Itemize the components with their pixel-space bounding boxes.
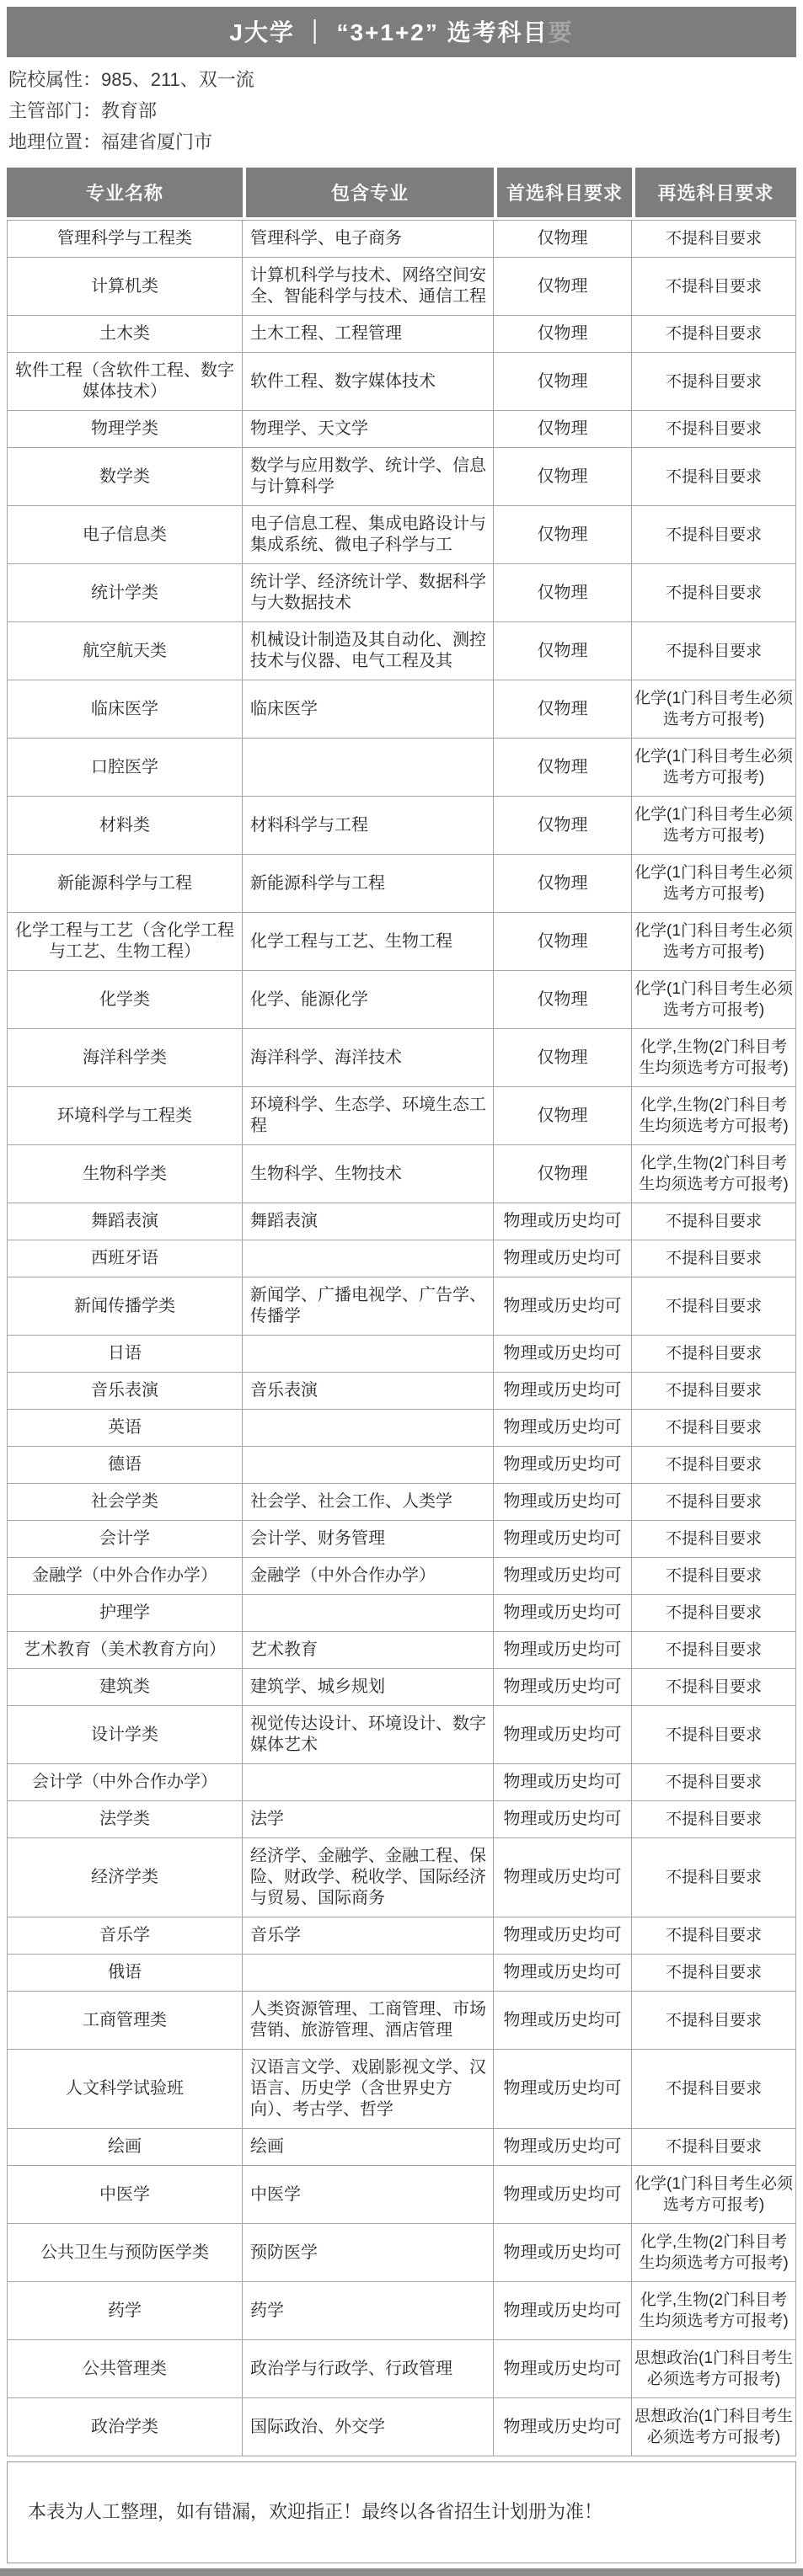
table-row: 设计学类 视觉传达设计、环境设计、数字媒体艺术 物理或历史均可 不提科目要求 <box>7 1706 796 1764</box>
included-majors-cell: 数学与应用数学、统计学、信息与计算科学 <box>243 448 494 506</box>
primary-subject-cell: 物理或历史均可 <box>494 1595 632 1632</box>
primary-subject-cell: 仅物理 <box>494 564 632 622</box>
included-majors-cell <box>243 1955 494 1992</box>
major-name-cell: 化学工程与工艺（含化学工程与工艺、生物工程） <box>7 913 243 971</box>
major-name-cell: 物理学类 <box>7 411 243 448</box>
major-name-cell: 德语 <box>7 1447 243 1484</box>
major-name-cell: 绘画 <box>7 2129 243 2166</box>
included-majors-cell: 预防医学 <box>243 2224 494 2282</box>
table-row: 化学工程与工艺（含化学工程与工艺、生物工程） 化学工程与工艺、生物工程 仅物理 … <box>7 913 796 971</box>
secondary-subject-cell: 不提科目要求 <box>632 2050 796 2129</box>
info-value: 福建省厦门市 <box>101 131 212 152</box>
major-name-cell: 设计学类 <box>7 1706 243 1764</box>
major-name-cell: 公共管理类 <box>7 2340 243 2398</box>
column-header-primary-subject: 首选科目要求 <box>494 168 632 220</box>
secondary-subject-cell: 不提科目要求 <box>632 622 796 680</box>
major-name-cell: 音乐学 <box>7 1917 243 1955</box>
secondary-subject-cell: 不提科目要求 <box>632 1484 796 1521</box>
table-row: 建筑类 建筑学、城乡规划 物理或历史均可 不提科目要求 <box>7 1669 796 1706</box>
secondary-subject-cell: 不提科目要求 <box>632 1240 796 1277</box>
info-line-location: 地理位置：福建省厦门市 <box>8 126 796 157</box>
table-row: 西班牙语 物理或历史均可 不提科目要求 <box>7 1240 796 1277</box>
secondary-subject-cell: 不提科目要求 <box>632 1917 796 1955</box>
table-row: 药学 药学 物理或历史均可 化学,生物(2门科目考生均须选考方可报考) <box>7 2282 796 2340</box>
table-row: 口腔医学 仅物理 化学(1门科目考生必须选考方可报考) <box>7 739 796 797</box>
secondary-subject-cell: 不提科目要求 <box>632 1373 796 1410</box>
table-row: 工商管理类 人类资源管理、工商管理、市场营销、旅游管理、酒店管理 物理或历史均可… <box>7 1992 796 2050</box>
included-majors-cell: 新能源科学与工程 <box>243 855 494 913</box>
primary-subject-cell: 物理或历史均可 <box>494 1277 632 1336</box>
included-majors-cell: 经济学、金融学、金融工程、保险、财政学、税收学、国际经济与贸易、国际商务 <box>243 1838 494 1917</box>
secondary-subject-cell: 化学(1门科目考生必须选考方可报考) <box>632 797 796 855</box>
primary-subject-cell: 仅物理 <box>494 506 632 564</box>
secondary-subject-cell: 不提科目要求 <box>632 1447 796 1484</box>
table-header-row: 专业名称 包含专业 首选科目要求 再选科目要求 <box>7 168 796 220</box>
table-row: 航空航天类 机械设计制造及其自动化、测控技术与仪器、电气工程及其 仅物理 不提科… <box>7 622 796 680</box>
included-majors-cell: 中医学 <box>243 2166 494 2224</box>
school-info: 院校属性：985、211、双一流 主管部门：教育部 地理位置：福建省厦门市 <box>8 64 796 157</box>
major-name-cell: 公共卫生与预防医学类 <box>7 2224 243 2282</box>
included-majors-cell: 社会学、社会工作、人类学 <box>243 1484 494 1521</box>
info-line-department: 主管部门：教育部 <box>8 95 796 126</box>
included-majors-cell: 建筑学、城乡规划 <box>243 1669 494 1706</box>
included-majors-cell: 视觉传达设计、环境设计、数字媒体艺术 <box>243 1706 494 1764</box>
table-row: 人文科学试验班 汉语言文学、戏剧影视文学、汉语言、历史学（含世界史方向）、考古学… <box>7 2050 796 2129</box>
table-row: 管理科学与工程类 管理科学、电子商务 仅物理 不提科目要求 <box>7 220 796 258</box>
column-header-included: 包含专业 <box>243 168 494 220</box>
included-majors-cell: 法学 <box>243 1801 494 1838</box>
table-row: 公共管理类 政治学与行政学、行政管理 物理或历史均可 思想政治(1门科目考生必须… <box>7 2340 796 2398</box>
primary-subject-cell: 物理或历史均可 <box>494 1917 632 1955</box>
secondary-subject-cell: 不提科目要求 <box>632 448 796 506</box>
included-majors-cell: 化学、能源化学 <box>243 971 494 1029</box>
major-name-cell: 工商管理类 <box>7 1992 243 2050</box>
major-name-cell: 临床医学 <box>7 680 243 739</box>
major-name-cell: 生物科学类 <box>7 1145 243 1203</box>
primary-subject-cell: 物理或历史均可 <box>494 1669 632 1706</box>
table-row: 物理学类 物理学、天文学 仅物理 不提科目要求 <box>7 411 796 448</box>
included-majors-cell: 统计学、经济统计学、数据科学与大数据技术 <box>243 564 494 622</box>
primary-subject-cell: 仅物理 <box>494 220 632 258</box>
primary-subject-cell: 物理或历史均可 <box>494 1373 632 1410</box>
primary-subject-cell: 仅物理 <box>494 1029 632 1087</box>
primary-subject-cell: 仅物理 <box>494 971 632 1029</box>
major-name-cell: 日语 <box>7 1336 243 1373</box>
major-name-cell: 人文科学试验班 <box>7 2050 243 2129</box>
primary-subject-cell: 物理或历史均可 <box>494 1764 632 1801</box>
table-row: 数学类 数学与应用数学、统计学、信息与计算科学 仅物理 不提科目要求 <box>7 448 796 506</box>
major-name-cell: 英语 <box>7 1410 243 1447</box>
table-row: 材料类 材料科学与工程 仅物理 化学(1门科目考生必须选考方可报考) <box>7 797 796 855</box>
secondary-subject-cell: 化学(1门科目考生必须选考方可报考) <box>632 680 796 739</box>
primary-subject-cell: 物理或历史均可 <box>494 1336 632 1373</box>
primary-subject-cell: 仅物理 <box>494 448 632 506</box>
primary-subject-cell: 仅物理 <box>494 316 632 353</box>
secondary-subject-cell: 不提科目要求 <box>632 1203 796 1240</box>
included-majors-cell: 国际政治、外交学 <box>243 2398 494 2456</box>
table-row: 舞蹈表演 舞蹈表演 物理或历史均可 不提科目要求 <box>7 1203 796 1240</box>
primary-subject-cell: 仅物理 <box>494 411 632 448</box>
included-majors-cell: 海洋科学、海洋技术 <box>243 1029 494 1087</box>
secondary-subject-cell: 化学(1门科目考生必须选考方可报考) <box>632 855 796 913</box>
major-name-cell: 建筑类 <box>7 1669 243 1706</box>
secondary-subject-cell: 不提科目要求 <box>632 1764 796 1801</box>
table-row: 新闻传播学类 新闻学、广播电视学、广告学、传播学 物理或历史均可 不提科目要求 <box>7 1277 796 1336</box>
table-row: 计算机类 计算机科学与技术、网络空间安全、智能科学与技术、通信工程 仅物理 不提… <box>7 258 796 316</box>
primary-subject-cell: 仅物理 <box>494 739 632 797</box>
footer-note: 本表为人工整理，如有错漏，欢迎指正！最终以各省招生计划册为准！ <box>7 2461 796 2563</box>
title-left-fragment: J <box>229 19 244 45</box>
major-name-cell: 软件工程（含软件工程、数字媒体技术） <box>7 353 243 411</box>
primary-subject-cell: 物理或历史均可 <box>494 1410 632 1447</box>
secondary-subject-cell: 不提科目要求 <box>632 316 796 353</box>
secondary-subject-cell: 不提科目要求 <box>632 220 796 258</box>
primary-subject-cell: 仅物理 <box>494 1145 632 1203</box>
included-majors-cell: 材料科学与工程 <box>243 797 494 855</box>
secondary-subject-cell: 不提科目要求 <box>632 1410 796 1447</box>
included-majors-cell: 政治学与行政学、行政管理 <box>243 2340 494 2398</box>
major-name-cell: 法学类 <box>7 1801 243 1838</box>
column-header-secondary-subject: 再选科目要求 <box>632 168 796 220</box>
table-row: 软件工程（含软件工程、数字媒体技术） 软件工程、数字媒体技术 仅物理 不提科目要… <box>7 353 796 411</box>
secondary-subject-cell: 不提科目要求 <box>632 506 796 564</box>
included-majors-cell: 物理学、天文学 <box>243 411 494 448</box>
info-value: 985、211、双一流 <box>101 69 254 90</box>
included-majors-cell <box>243 1336 494 1373</box>
secondary-subject-cell: 化学,生物(2门科目考生均须选考方可报考) <box>632 2282 796 2340</box>
primary-subject-cell: 物理或历史均可 <box>494 1992 632 2050</box>
primary-subject-cell: 仅物理 <box>494 258 632 316</box>
major-name-cell: 药学 <box>7 2282 243 2340</box>
secondary-subject-cell: 不提科目要求 <box>632 1521 796 1558</box>
major-name-cell: 音乐表演 <box>7 1373 243 1410</box>
table-row: 公共卫生与预防医学类 预防医学 物理或历史均可 化学,生物(2门科目考生均须选考… <box>7 2224 796 2282</box>
major-name-cell: 金融学（中外合作办学） <box>7 1558 243 1595</box>
secondary-subject-cell: 不提科目要求 <box>632 1277 796 1336</box>
table-row: 艺术教育（美术教育方向） 艺术教育 物理或历史均可 不提科目要求 <box>7 1632 796 1669</box>
secondary-subject-cell: 不提科目要求 <box>632 1801 796 1838</box>
included-majors-cell <box>243 739 494 797</box>
table-row: 化学类 化学、能源化学 仅物理 化学(1门科目考生必须选考方可报考) <box>7 971 796 1029</box>
info-value: 教育部 <box>101 100 157 121</box>
included-majors-cell: 新闻学、广播电视学、广告学、传播学 <box>243 1277 494 1336</box>
included-majors-cell <box>243 1240 494 1277</box>
table-row: 电子信息类 电子信息工程、集成电路设计与集成系统、微电子科学与工 仅物理 不提科… <box>7 506 796 564</box>
included-majors-cell: 化学工程与工艺、生物工程 <box>243 913 494 971</box>
primary-subject-cell: 物理或历史均可 <box>494 1484 632 1521</box>
table-row: 中医学 中医学 物理或历史均可 化学(1门科目考生必须选考方可报考) <box>7 2166 796 2224</box>
primary-subject-cell: 仅物理 <box>494 353 632 411</box>
included-majors-cell: 电子信息工程、集成电路设计与集成系统、微电子科学与工 <box>243 506 494 564</box>
secondary-subject-cell: 不提科目要求 <box>632 1336 796 1373</box>
included-majors-cell: 金融学（中外合作办学） <box>243 1558 494 1595</box>
included-majors-cell: 音乐学 <box>243 1917 494 1955</box>
major-name-cell: 统计学类 <box>7 564 243 622</box>
table-row: 俄语 物理或历史均可 不提科目要求 <box>7 1955 796 1992</box>
primary-subject-cell: 物理或历史均可 <box>494 1240 632 1277</box>
primary-subject-cell: 物理或历史均可 <box>494 1521 632 1558</box>
secondary-subject-cell: 不提科目要求 <box>632 1955 796 1992</box>
major-name-cell: 经济学类 <box>7 1838 243 1917</box>
major-name-cell: 新闻传播学类 <box>7 1277 243 1336</box>
secondary-subject-cell: 化学,生物(2门科目考生均须选考方可报考) <box>632 1029 796 1087</box>
page-title: 大学 ｜ “3+1+2” 选考科目 <box>244 19 549 45</box>
primary-subject-cell: 仅物理 <box>494 680 632 739</box>
secondary-subject-cell: 化学(1门科目考生必须选考方可报考) <box>632 739 796 797</box>
table-row: 德语 物理或历史均可 不提科目要求 <box>7 1447 796 1484</box>
major-name-cell: 会计学（中外合作办学） <box>7 1764 243 1801</box>
primary-subject-cell: 物理或历史均可 <box>494 1838 632 1917</box>
included-majors-cell: 软件工程、数字媒体技术 <box>243 353 494 411</box>
table-row: 音乐学 音乐学 物理或历史均可 不提科目要求 <box>7 1917 796 1955</box>
primary-subject-cell: 物理或历史均可 <box>494 1801 632 1838</box>
major-name-cell: 口腔医学 <box>7 739 243 797</box>
table-row: 会计学（中外合作办学） 物理或历史均可 不提科目要求 <box>7 1764 796 1801</box>
major-name-cell: 材料类 <box>7 797 243 855</box>
included-majors-cell <box>243 1764 494 1801</box>
secondary-subject-cell: 不提科目要求 <box>632 1632 796 1669</box>
table-row: 临床医学 临床医学 仅物理 化学(1门科目考生必须选考方可报考) <box>7 680 796 739</box>
major-name-cell: 中医学 <box>7 2166 243 2224</box>
major-name-cell: 电子信息类 <box>7 506 243 564</box>
secondary-subject-cell: 不提科目要求 <box>632 258 796 316</box>
table-row: 英语 物理或历史均可 不提科目要求 <box>7 1410 796 1447</box>
table-row: 新能源科学与工程 新能源科学与工程 仅物理 化学(1门科目考生必须选考方可报考) <box>7 855 796 913</box>
primary-subject-cell: 物理或历史均可 <box>494 2050 632 2129</box>
secondary-subject-cell: 化学(1门科目考生必须选考方可报考) <box>632 2166 796 2224</box>
primary-subject-cell: 物理或历史均可 <box>494 2340 632 2398</box>
table-row: 法学类 法学 物理或历史均可 不提科目要求 <box>7 1801 796 1838</box>
major-name-cell: 土木类 <box>7 316 243 353</box>
table-row: 音乐表演 音乐表演 物理或历史均可 不提科目要求 <box>7 1373 796 1410</box>
major-name-cell: 计算机类 <box>7 258 243 316</box>
included-majors-cell: 机械设计制造及其自动化、测控技术与仪器、电气工程及其 <box>243 622 494 680</box>
info-line-attribute: 院校属性：985、211、双一流 <box>8 64 796 95</box>
table-row: 统计学类 统计学、经济统计学、数据科学与大数据技术 仅物理 不提科目要求 <box>7 564 796 622</box>
included-majors-cell: 会计学、财务管理 <box>243 1521 494 1558</box>
included-majors-cell: 音乐表演 <box>243 1373 494 1410</box>
primary-subject-cell: 物理或历史均可 <box>494 1203 632 1240</box>
major-name-cell: 舞蹈表演 <box>7 1203 243 1240</box>
secondary-subject-cell: 不提科目要求 <box>632 1992 796 2050</box>
major-name-cell: 化学类 <box>7 971 243 1029</box>
included-majors-cell: 生物科学、生物技术 <box>243 1145 494 1203</box>
secondary-subject-cell: 不提科目要求 <box>632 1558 796 1595</box>
secondary-subject-cell: 化学(1门科目考生必须选考方可报考) <box>632 913 796 971</box>
secondary-subject-cell: 不提科目要求 <box>632 2129 796 2166</box>
secondary-subject-cell: 化学,生物(2门科目考生均须选考方可报考) <box>632 1145 796 1203</box>
major-name-cell: 西班牙语 <box>7 1240 243 1277</box>
included-majors-cell: 环境科学、生态学、环境生态工程 <box>243 1087 494 1145</box>
primary-subject-cell: 仅物理 <box>494 855 632 913</box>
column-header-major: 专业名称 <box>7 168 243 220</box>
secondary-subject-cell: 思想政治(1门科目考生必须选考方可报考) <box>632 2398 796 2456</box>
included-majors-cell: 舞蹈表演 <box>243 1203 494 1240</box>
info-label: 地理位置： <box>8 131 101 152</box>
major-name-cell: 管理科学与工程类 <box>7 220 243 258</box>
included-majors-cell: 人类资源管理、工商管理、市场营销、旅游管理、酒店管理 <box>243 1992 494 2050</box>
major-name-cell: 环境科学与工程类 <box>7 1087 243 1145</box>
info-label: 主管部门： <box>8 100 101 121</box>
table-row: 绘画 绘画 物理或历史均可 不提科目要求 <box>7 2129 796 2166</box>
page: J大学 ｜ “3+1+2” 选考科目要 院校属性：985、211、双一流 主管部… <box>0 7 803 2576</box>
table-row: 护理学 物理或历史均可 不提科目要求 <box>7 1595 796 1632</box>
major-name-cell: 护理学 <box>7 1595 243 1632</box>
secondary-subject-cell: 不提科目要求 <box>632 1838 796 1917</box>
included-majors-cell: 计算机科学与技术、网络空间安全、智能科学与技术、通信工程 <box>243 258 494 316</box>
major-name-cell: 会计学 <box>7 1521 243 1558</box>
included-majors-cell: 土木工程、工程管理 <box>243 316 494 353</box>
included-majors-cell <box>243 1595 494 1632</box>
secondary-subject-cell: 思想政治(1门科目考生必须选考方可报考) <box>632 2340 796 2398</box>
secondary-subject-cell: 化学,生物(2门科目考生均须选考方可报考) <box>632 2224 796 2282</box>
major-name-cell: 海洋科学类 <box>7 1029 243 1087</box>
bottom-strip <box>0 2568 803 2576</box>
primary-subject-cell: 物理或历史均可 <box>494 2282 632 2340</box>
included-majors-cell: 临床医学 <box>243 680 494 739</box>
secondary-subject-cell: 不提科目要求 <box>632 1669 796 1706</box>
primary-subject-cell: 仅物理 <box>494 1087 632 1145</box>
primary-subject-cell: 物理或历史均可 <box>494 2398 632 2456</box>
major-name-cell: 社会学类 <box>7 1484 243 1521</box>
primary-subject-cell: 物理或历史均可 <box>494 2166 632 2224</box>
table-row: 金融学（中外合作办学） 金融学（中外合作办学） 物理或历史均可 不提科目要求 <box>7 1558 796 1595</box>
secondary-subject-cell: 不提科目要求 <box>632 353 796 411</box>
included-majors-cell: 管理科学、电子商务 <box>243 220 494 258</box>
included-majors-cell: 艺术教育 <box>243 1632 494 1669</box>
primary-subject-cell: 物理或历史均可 <box>494 1447 632 1484</box>
included-majors-cell: 绘画 <box>243 2129 494 2166</box>
major-name-cell: 数学类 <box>7 448 243 506</box>
table-row: 日语 物理或历史均可 不提科目要求 <box>7 1336 796 1373</box>
major-name-cell: 航空航天类 <box>7 622 243 680</box>
included-majors-cell <box>243 1447 494 1484</box>
secondary-subject-cell: 化学(1门科目考生必须选考方可报考) <box>632 971 796 1029</box>
primary-subject-cell: 物理或历史均可 <box>494 2129 632 2166</box>
table-row: 土木类 土木工程、工程管理 仅物理 不提科目要求 <box>7 316 796 353</box>
secondary-subject-cell: 不提科目要求 <box>632 411 796 448</box>
primary-subject-cell: 物理或历史均可 <box>494 2224 632 2282</box>
primary-subject-cell: 物理或历史均可 <box>494 1558 632 1595</box>
included-majors-cell: 药学 <box>243 2282 494 2340</box>
primary-subject-cell: 物理或历史均可 <box>494 1955 632 1992</box>
secondary-subject-cell: 不提科目要求 <box>632 1706 796 1764</box>
info-label: 院校属性： <box>8 69 101 90</box>
major-name-cell: 俄语 <box>7 1955 243 1992</box>
included-majors-cell: 汉语言文学、戏剧影视文学、汉语言、历史学（含世界史方向）、考古学、哲学 <box>243 2050 494 2129</box>
table-row: 环境科学与工程类 环境科学、生态学、环境生态工程 仅物理 化学,生物(2门科目考… <box>7 1087 796 1145</box>
primary-subject-cell: 物理或历史均可 <box>494 1632 632 1669</box>
primary-subject-cell: 物理或历史均可 <box>494 1706 632 1764</box>
major-name-cell: 政治学类 <box>7 2398 243 2456</box>
primary-subject-cell: 仅物理 <box>494 913 632 971</box>
secondary-subject-cell: 不提科目要求 <box>632 564 796 622</box>
secondary-subject-cell: 不提科目要求 <box>632 1595 796 1632</box>
table-row: 社会学类 社会学、社会工作、人类学 物理或历史均可 不提科目要求 <box>7 1484 796 1521</box>
subject-requirements-table: 专业名称 包含专业 首选科目要求 再选科目要求 管理科学与工程类 管理科学、电子… <box>7 168 796 2456</box>
table-row: 生物科学类 生物科学、生物技术 仅物理 化学,生物(2门科目考生均须选考方可报考… <box>7 1145 796 1203</box>
included-majors-cell <box>243 1410 494 1447</box>
major-name-cell: 艺术教育（美术教育方向） <box>7 1632 243 1669</box>
table-row: 会计学 会计学、财务管理 物理或历史均可 不提科目要求 <box>7 1521 796 1558</box>
title-faded-tail: 要 <box>549 19 574 45</box>
table-row: 政治学类 国际政治、外交学 物理或历史均可 思想政治(1门科目考生必须选考方可报… <box>7 2398 796 2456</box>
primary-subject-cell: 仅物理 <box>494 797 632 855</box>
table-row: 经济学类 经济学、金融学、金融工程、保险、财政学、税收学、国际经济与贸易、国际商… <box>7 1838 796 1917</box>
secondary-subject-cell: 化学,生物(2门科目考生均须选考方可报考) <box>632 1087 796 1145</box>
primary-subject-cell: 仅物理 <box>494 622 632 680</box>
title-banner: J大学 ｜ “3+1+2” 选考科目要 <box>7 7 796 57</box>
table-row: 海洋科学类 海洋科学、海洋技术 仅物理 化学,生物(2门科目考生均须选考方可报考… <box>7 1029 796 1087</box>
major-name-cell: 新能源科学与工程 <box>7 855 243 913</box>
